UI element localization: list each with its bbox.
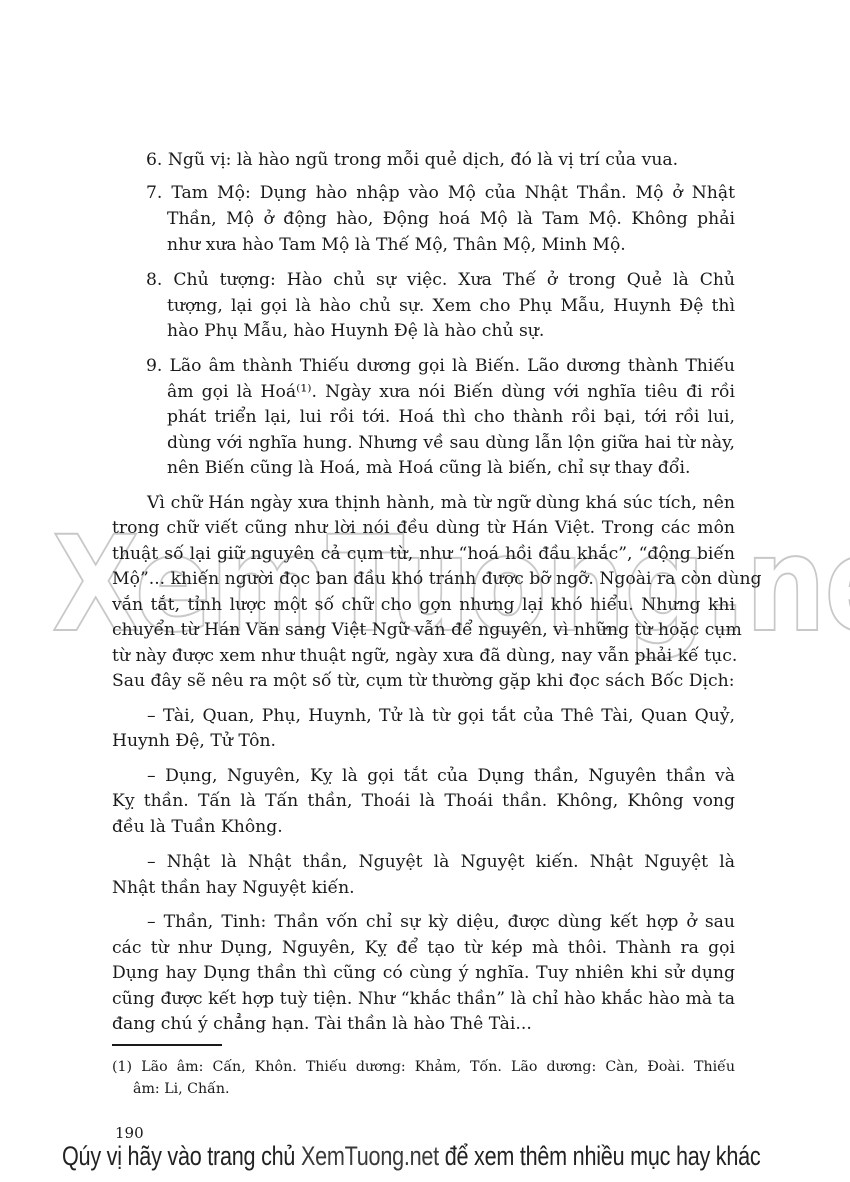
list-item-9-line-4: dùng với nghĩa hung. Nhưng về sau dùng l… [167, 431, 735, 455]
banner-brand-link[interactable]: XemTuong.net [301, 1141, 439, 1171]
list-item-9-line-1: 9. Lão âm thành Thiếu dương gọi là Biến.… [146, 354, 735, 378]
site-banner: Qúy vị hãy vào trang chủ XemTuong.net để… [62, 1138, 644, 1174]
list-item-9-line-2: âm gọi là Hoá⁽¹⁾. Ngày xưa nói Biến dùng… [167, 380, 735, 404]
list-item-7-line-2: Thần, Mộ ở động hào, Động hoá Mộ là Tam … [167, 207, 735, 231]
paragraph-line-6: chuyển từ Hán Văn sang Việt Ngữ vẫn để n… [112, 618, 735, 642]
dash-item-2-line-2: Kỵ thần. Tấn là Tấn thần, Thoái là Thoái… [112, 789, 735, 813]
list-item-8-line-3: hào Phụ Mẫu, hào Huynh Đệ là hào chủ sự. [167, 319, 735, 343]
dash-item-3-line-1: – Nhật là Nhật thần, Nguyệt là Nguyệt ki… [147, 850, 735, 874]
list-item-6: 6. Ngũ vị: là hào ngũ trong mỗi quẻ dịch… [146, 148, 735, 172]
list-item-7-line-3: như xưa hào Tam Mộ là Thế Mộ, Thân Mộ, M… [167, 233, 735, 257]
paragraph-line-4: Mộ”... khiến người đọc ban đầu khó tránh… [112, 567, 735, 591]
banner-prefix: Qúy vị hãy vào trang chủ [62, 1141, 301, 1171]
footnote-line-1: (1) Lão âm: Cấn, Khôn. Thiếu dương: Khảm… [112, 1057, 735, 1077]
dash-item-1-line-1: – Tài, Quan, Phụ, Huynh, Tử là từ gọi tắ… [147, 704, 735, 728]
paragraph-line-1: Vì chữ Hán ngày xưa thịnh hành, mà từ ng… [147, 491, 735, 515]
book-page: XemTuong.net 6. Ngũ vị: là hào ngũ trong… [0, 0, 850, 1182]
paragraph-line-2: trong chữ viết cũng như lời nói đều dùng… [112, 516, 735, 540]
list-item-8-line-2: tượng, lại gọi là hào chủ sự. Xem cho Ph… [167, 294, 735, 318]
list-item-9-line-5: nên Biến cũng là Hoá, mà Hoá cũng là biế… [167, 456, 735, 480]
footnote-rule [112, 1044, 222, 1046]
dash-item-4-line-2: các từ như Dụng, Nguyên, Kỵ để tạo từ ké… [112, 936, 735, 960]
dash-item-4-line-3: Dụng hay Dụng thần thì cũng có cùng ý ng… [112, 961, 735, 985]
dash-item-4-line-4: cũng được kết hợp tuỳ tiện. Như “khắc th… [112, 987, 735, 1011]
list-item-8-line-1: 8. Chủ tượng: Hào chủ sự việc. Xưa Thế ở… [146, 268, 735, 292]
paragraph-line-7: từ này được xem như thuật ngữ, ngày xưa … [112, 644, 735, 668]
dash-item-4-line-1: – Thần, Tinh: Thần vốn chỉ sự kỳ diệu, đ… [147, 910, 735, 934]
dash-item-2-line-3: đều là Tuần Không. [112, 815, 735, 839]
dash-item-4-line-5: đang chú ý chẳng hạn. Tài thần là hào Th… [112, 1012, 735, 1036]
dash-item-2-line-1: – Dụng, Nguyên, Kỵ là gọi tắt của Dụng t… [147, 764, 735, 788]
footnote-line-2: âm: Li, Chấn. [133, 1079, 433, 1099]
paragraph-line-3: thuật số lại giữ nguyên cả cụm từ, như “… [112, 542, 735, 566]
dash-item-1-line-2: Huynh Đệ, Tử Tôn. [112, 729, 735, 753]
list-item-9-line-3: phát triển lại, lui rồi tới. Hoá thì cho… [167, 405, 735, 429]
dash-item-3-line-2: Nhật thần hay Nguyệt kiến. [112, 876, 735, 900]
paragraph-line-5: vắn tắt, tỉnh lược một số chữ cho gọn nh… [112, 593, 735, 617]
banner-suffix: để xem thêm nhiều mục hay khác [439, 1141, 761, 1171]
paragraph-line-8: Sau đây sẽ nêu ra một số từ, cụm từ thườ… [112, 669, 735, 693]
list-item-7-line-1: 7. Tam Mộ: Dụng hào nhập vào Mộ của Nhật… [146, 181, 735, 205]
